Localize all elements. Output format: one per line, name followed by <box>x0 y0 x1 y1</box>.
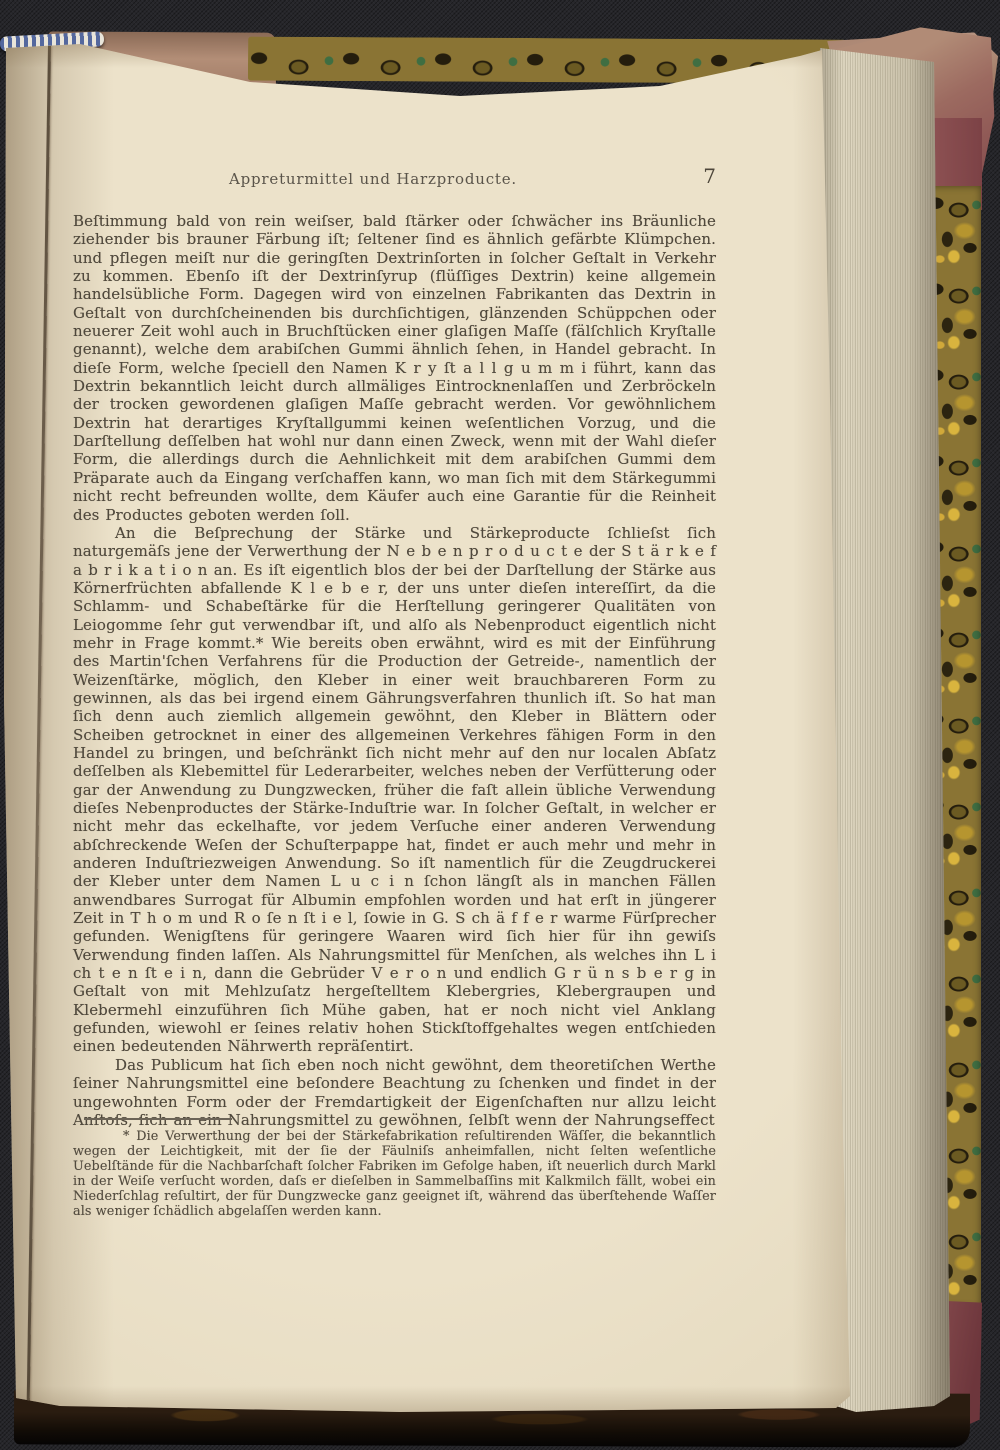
page-edge-shading <box>4 42 852 1416</box>
book-page: Appreturmittel und Harzproducte. 7 Beſti… <box>4 42 852 1416</box>
book-scan: Appreturmittel und Harzproducte. 7 Beſti… <box>0 0 1000 1450</box>
